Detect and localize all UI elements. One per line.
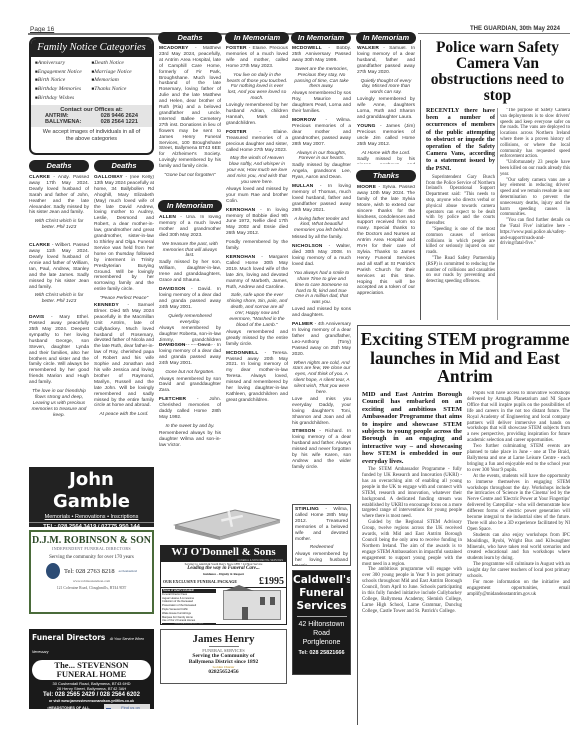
notice: DAVIDSON - David. In loving memory of a … (159, 287, 221, 311)
notice-text: - Samuel Elmer. Died 5th May 2024 peacef… (94, 303, 154, 408)
notice: CLARKE - Andy. Passed away 17th May 2024… (29, 175, 89, 216)
notice: KENNEDY - Samuel Elmer. Died 5th May 202… (94, 303, 154, 409)
category-item: Memoriam (92, 76, 149, 85)
notice: FOSTER - Elaine. Precious memories of a … (226, 46, 288, 70)
funeral-home-photo (223, 590, 281, 620)
article-para: "The purpose of Safety Camera van deploy… (500, 108, 570, 160)
notice-name: MCDOWELL (292, 46, 322, 51)
notice-verse: Always in our thoughts, Forever in our h… (292, 151, 351, 163)
robinson-tel: Tel: 028 2763 8218 (64, 568, 115, 575)
notice-verse: Redeemed (295, 545, 348, 551)
notice-name: GALLOWAY (94, 175, 123, 180)
stevenson-name2: FUNERAL HOME (32, 670, 151, 679)
notice: FLETCHER - John. Cherished memories of d… (159, 397, 221, 421)
notice-verse: In the sweet by and by. (159, 424, 221, 430)
stevenson-tel: Tel: 028 2565 2429 / 028 2564 6202 (29, 691, 154, 699)
notice-verse: When nights are cold, And stars are few,… (292, 361, 351, 396)
john-gamble-ad: John Gamble Memorials • Renovations • In… (29, 467, 154, 527)
caldwell-addr2: Road (293, 629, 350, 638)
deaths-banner: Deaths (158, 32, 222, 44)
notice-after: Love and miss you everyday Daddy, your l… (292, 397, 351, 427)
stirling-notice-box: STIRLING - Wilma, called Home 28th May 2… (292, 504, 351, 566)
caldwell-ad: Caldwell's Funeral Services 42 Hiltonsto… (292, 570, 351, 675)
notice: PALMER - 4th Anniversary In loving memor… (292, 322, 351, 357)
notice: DAVIS - Mary Ethel. Passed away peaceful… (29, 315, 89, 386)
gamble-services: Memorials • Renovations • Inscriptions (29, 513, 154, 522)
james-henry-tel: 02825652456 (161, 669, 286, 675)
col6-memoriam: WALKER - Samuel. In loving memory of a d… (357, 46, 415, 164)
robinson-address: 121 Coleraine Road, Cloughmills, BT44 9D… (31, 586, 152, 590)
notice-name: STIRLING (295, 507, 319, 512)
notice-after: Lovingly remembered by wife Anne, daught… (357, 97, 415, 121)
notice-after: Sadly missed by her son, William, daught… (159, 260, 221, 284)
notice-verse: "Gone but not forgotten" (159, 173, 221, 179)
caldwell-name3: Services (293, 600, 350, 613)
notice: GALLOWAY - (nee Kelly) 13th May 2024 pea… (94, 175, 154, 293)
notice-name: FLETCHER (159, 397, 186, 402)
notice-after: Always remembered by sos Roy, Maurice an… (292, 91, 351, 115)
in-memoriam-banner: In Memoriam (158, 200, 222, 212)
notice-name: MORROW (292, 118, 316, 123)
notice-verse: Safe, safe upon the ever shining shore, … (226, 293, 288, 328)
caldwell-divider (297, 616, 347, 617)
notice-verse: You live on daily in the hearts of those… (226, 73, 288, 103)
notice-verse: Gone but not forgotten. (159, 370, 221, 376)
masthead: THE GUARDIAN, 30th May 2024 (470, 26, 560, 32)
bible-image (165, 505, 285, 540)
col3-deaths: MCADOREY - Matthew 23rd May 2024, peacef… (159, 46, 221, 191)
article-para: Two further culminating STEM events are … (467, 444, 570, 474)
notice-text: - (nee Kelly) 13th May 2024 peacefully a… (94, 175, 154, 292)
in-memoriam-banner: In Memoriam (225, 32, 289, 44)
category-item: Death Notice (92, 59, 149, 68)
notice-name: KERNOHAN (226, 208, 255, 213)
notice-name: FOSTER (226, 46, 247, 51)
category-item: Thanks Notice (92, 85, 149, 94)
notice-text: - Sylvia. Passed away 10th May 2024. The… (357, 185, 415, 296)
notice-verse: With Christ which is far better. Phil 1v… (29, 219, 89, 231)
notice-text: - 4th Anniversary In loving memory of a … (292, 322, 351, 357)
robinson-web[interactable]: www.robinsonandson.com (31, 579, 152, 583)
james-henry-name: James Henry (161, 633, 286, 645)
family-notice-categories-box: Family Notice Categories Anniversary Dea… (29, 37, 154, 155)
notice-after: Always loved and missed by your mum Rae … (226, 187, 288, 205)
notice: MCDOWELL - Bobby. 25th Anniversary Passe… (292, 46, 351, 64)
stevenson-headstones: •HEADSTONES OF ALL DESCRIPTIONS CAN BE E… (33, 706, 104, 709)
office-phone: 028 2564 1221 (101, 119, 138, 125)
notice-name: ALLEN (159, 215, 176, 220)
notice: STIRLING - Wilma, called Home 28th May 2… (295, 507, 348, 542)
police-headline: Police warn Safety Camera Van obstructio… (425, 40, 570, 104)
notice-verse: The love in our friendship flows strong … (29, 389, 89, 419)
col2-notices: GALLOWAY - (nee Kelly) 13th May 2024 pea… (94, 175, 154, 465)
notice-after: Missed by all the family. (292, 235, 351, 241)
facebook-icon: f (106, 708, 111, 710)
article-para: Superintendent Gary Busch from the Polic… (426, 175, 495, 227)
notice: STIMSON - Richard. In loving memory of a… (292, 429, 351, 470)
caldwell-name2: Funeral (293, 587, 350, 600)
odonnell-name: WJ O'Donnell & Sons (161, 546, 286, 559)
notice-text: - Wilma, called Home 28th May 2012. Trea… (295, 507, 348, 542)
notice: MCDONNELL - Teresa. Passed away 20th May… (226, 351, 288, 404)
notice: MORROW - Wilma. Precious memories of a d… (292, 118, 351, 148)
notice-name: YOUNG (357, 124, 376, 129)
notice-verse: You always had a smile to share Time to … (292, 271, 351, 306)
stevenson-ad: Funeral Directors At Your Service When N… (29, 629, 154, 709)
article-para: The ambitious programme will engage with… (362, 567, 462, 614)
package-label: OUR EXCLUSIVE FUNERAL PACKAGE (163, 579, 237, 584)
notice-name: MCADOREY (159, 46, 189, 51)
notice-verse: A loving father tender and kind, What be… (292, 217, 351, 235)
article-para[interactable]: "You can find further details on the 'Fa… (500, 218, 570, 247)
category-item: Birthday Wishes (35, 94, 92, 103)
notice-name: FOSTER (226, 130, 247, 135)
article-para: Pupils will have access to innovative wo… (467, 391, 570, 444)
notice: NICHOLSON - Walter, died 30th May 2008. … (292, 244, 351, 268)
in-memoriam-banner: In Memoriam (291, 32, 351, 44)
article-para: "Speeding is one of the most common caus… (426, 227, 495, 256)
ornament-divider (209, 646, 239, 647)
gamble-name: John Gamble (29, 469, 154, 513)
category-item: Marriage Notice (92, 68, 149, 77)
stem-lead: MID and East Antrim Borough Council has … (362, 391, 462, 465)
col3-memoriam: ALLEN - Una. In loving memory of a much … (159, 215, 221, 345)
bible-icon (165, 505, 285, 540)
notice-after: Always remembered and greatly missed by … (226, 330, 288, 348)
notice-text: - Teresa. Passed away 20th May 2021. In … (226, 351, 288, 403)
article-para: The programme will culminate in August w… (467, 562, 570, 580)
fnc-category-list: Anniversary Death Notice Engagement Noti… (31, 57, 152, 105)
notice-name: DAVIDSON (159, 287, 186, 292)
caldwell-tel: Tel: 028 25821666 (293, 649, 350, 658)
police-article-col1: RECENTLY there have been a number of occ… (426, 108, 495, 320)
notice-text: - Richard. In loving memory of a dear hu… (292, 429, 351, 469)
article-para: The STEM Ambassador Programme - fully fu… (362, 467, 462, 520)
category-item: Engagement Notice (35, 68, 92, 77)
notice-verse: At peace with the Lord. (94, 412, 154, 418)
deaths-banner: Deaths (29, 160, 89, 172)
notice-verse: We treasure the past, with memories that… (159, 242, 221, 260)
notice-text: - Margaret Called Home 30th May 2019. Mu… (226, 255, 288, 290)
notice-after: Sadly missed by daughter Angela, grandso… (292, 163, 351, 181)
police-article-col2: "The purpose of Safety Camera van deploy… (500, 108, 570, 320)
notice-text: - Wilbert. Passed away 11th May 2024. De… (29, 243, 89, 289)
notice-verse: Quietly remembered everyday. (159, 314, 221, 326)
notice-name: PALMER (292, 322, 313, 327)
notice-verse: May the winds of Heaven blow softly, And… (226, 156, 288, 186)
office-name: BALLYMENA: (45, 119, 81, 125)
notice-name: CLARKE (29, 175, 50, 180)
notice-verse: Quietly thought of every day, Missed mor… (357, 79, 415, 97)
stem-article-col1: MID and East Antrim Borough Council has … (362, 391, 462, 713)
section-rule (357, 325, 570, 326)
caldwell-name1: Caldwell's (293, 574, 350, 587)
notice-name: KERNOHAN (226, 255, 255, 260)
notice-name: DAVIDSON (159, 343, 186, 348)
notice-name: MOORE (357, 185, 376, 190)
notice-name: WALKER (357, 46, 379, 51)
article-para: "Unfortunately 23 people have been kille… (500, 160, 570, 177)
notice-text: - Mary Ethel. Passed away peacefully 25t… (29, 315, 89, 385)
crest-icon (46, 563, 60, 579)
notice: FOSTER - Elaine. Treasured memories of a… (226, 130, 288, 154)
office-ballymena: BALLYMENA:028 2564 1221 (37, 119, 146, 125)
header-rule-right (418, 33, 570, 34)
article-para: "The Road Safety Partnership (RSP) is co… (426, 256, 495, 285)
notice-name: MCDONNELL (226, 351, 258, 356)
notice: ALLEN - Una. In loving memory of a much … (159, 215, 221, 239)
article-para: Students can also enjoy workshops from I… (467, 533, 570, 563)
notice: YOUNG - James (Jim) Precious memories of… (357, 124, 415, 148)
notice-after: Always remembered by son David and grand… (159, 377, 221, 395)
col6-thanks: MOORE - Sylvia. Passed away 10th May 202… (357, 185, 415, 320)
article-para: At the events, students will have the op… (467, 474, 570, 533)
facebook-badge[interactable]: fFind us on Facebook (104, 704, 150, 709)
article-para: "Our safety camera vans are a key elemen… (500, 178, 570, 219)
package-price: £1995 (259, 576, 284, 587)
col3-memoriam-cont: DAVIDSON - David. In loving memory of a … (159, 343, 221, 503)
robinson-name: D.J.M. ROBINSON & SON (31, 535, 152, 546)
notice: KERNOHAN - Margaret Called Home 30th May… (226, 255, 288, 290)
notice-name: STIMSON (292, 429, 315, 434)
section-rule (357, 325, 358, 725)
robinson-tagline: Serving the community for over 170 years (31, 555, 152, 560)
stevenson-heading: Funeral Directors (32, 633, 105, 642)
ecclesiastical-logo: ecclesiastical (119, 569, 137, 573)
notice-name: NICHOLSON (292, 244, 323, 249)
notice: MOORE - Sylvia. Passed away 10th May 202… (357, 185, 415, 297)
notice-verse: Sweet are the memories, Precious they st… (292, 67, 351, 91)
notice: MCADOREY - Matthew 23rd May 2024, peacef… (159, 46, 221, 170)
stem-article-col2: Pupils will have access to innovative wo… (467, 391, 570, 713)
stem-headline: Exciting STEM programme launches in Mid … (360, 330, 570, 386)
notice-after: Fondly remembered by the family. (226, 240, 288, 252)
notice-verse: "Peace Perfect Peace" (94, 296, 154, 302)
james-henry-ad: James Henry FUNERAL SERVICES Serving the… (160, 629, 287, 684)
facebook-label: Find us on Facebook (113, 705, 148, 709)
fnc-contact: Contact our Offices at: ANTRIM:028 9446 … (31, 105, 152, 127)
notice-after: Always remembered by her loving husband … (295, 552, 348, 566)
category-item: Birth Notice (35, 76, 92, 85)
notice: CLARKE - Wilbert. Passed away 11th May 2… (29, 243, 89, 290)
notice: DAVIDSON - David. In loving memory of a … (159, 343, 221, 367)
col4-memoriam: FOSTER - Elaine. Precious memories of a … (226, 46, 288, 506)
category-item: Birthday Memories (35, 85, 92, 94)
thanks-banner: Thanks (356, 170, 416, 182)
notice-after: Sadly missed by his nieces, nephews and … (357, 157, 415, 164)
article-para[interactable]: For more information on the initiative a… (467, 580, 570, 598)
column-rule (497, 108, 498, 320)
notice-after: Lovingly remembered by her husband Adria… (226, 103, 288, 127)
article-para: Guided by the Regional STEM Advisory Gro… (362, 520, 462, 567)
notice-verse: With Christ which is far better. Phil 1v… (29, 293, 89, 305)
notice-text: - Matthew 23rd May 2024, peacefully, at … (159, 46, 221, 169)
robinson-ad: D.J.M. ROBINSON & SON INDEPENDENT FUNERA… (29, 530, 154, 614)
notice-name: MULLAN (292, 184, 313, 189)
in-memoriam-banner: In Memoriam (356, 32, 416, 44)
notice-after: Loved and missed by sons and daughters. (292, 307, 351, 319)
notice: MULLAN - In loving memory of Thomas, muc… (292, 184, 351, 214)
fnc-title: Family Notice Categories (31, 39, 152, 57)
column-rule (420, 40, 421, 320)
page-number: Page 16 (30, 26, 54, 33)
deaths-banner: Deaths (94, 160, 154, 172)
col5-memoriam: MCDOWELL - Bobby. 25th Anniversary Passe… (292, 46, 351, 501)
notice-verse: At Home with the Lord. (357, 151, 415, 157)
caldwell-addr3: Portglenone (293, 638, 350, 647)
police-lead: RECENTLY there have been a number of occ… (426, 108, 495, 173)
odonnell-web[interactable]: www.wjfuneralscare.com (162, 623, 216, 625)
notice-name: CLARKE (29, 243, 50, 248)
notice-name: DAVIS (29, 315, 44, 320)
notice: KERNOHAN - In loving memory of Bobbie di… (226, 208, 288, 238)
notice-name: KENNEDY (94, 303, 119, 308)
fnc-note: We accept images of individuals in all o… (31, 127, 152, 145)
notice-text: - Andy. Passed away 17th May 2024. Dearl… (29, 175, 89, 215)
notice: WALKER - Samuel. In loving memory of a d… (357, 46, 415, 76)
notice-after: Remembered always by his daughter Wilma … (159, 431, 221, 449)
odonnell-ad: WJ O'Donnell & Sons FUNERAL & MONUMENTAL… (160, 545, 287, 625)
col1-notices: CLARKE - Andy. Passed away 17th May 2024… (29, 175, 89, 465)
robinson-sub: INDEPENDENT FUNERAL DIRECTORS (31, 546, 152, 551)
category-item: Anniversary (35, 59, 92, 68)
caldwell-addr1: 42 Hiltonstown (293, 620, 350, 629)
gamble-tel: TEL: 028 2564 3419 / 07775 950 144 (29, 522, 154, 527)
